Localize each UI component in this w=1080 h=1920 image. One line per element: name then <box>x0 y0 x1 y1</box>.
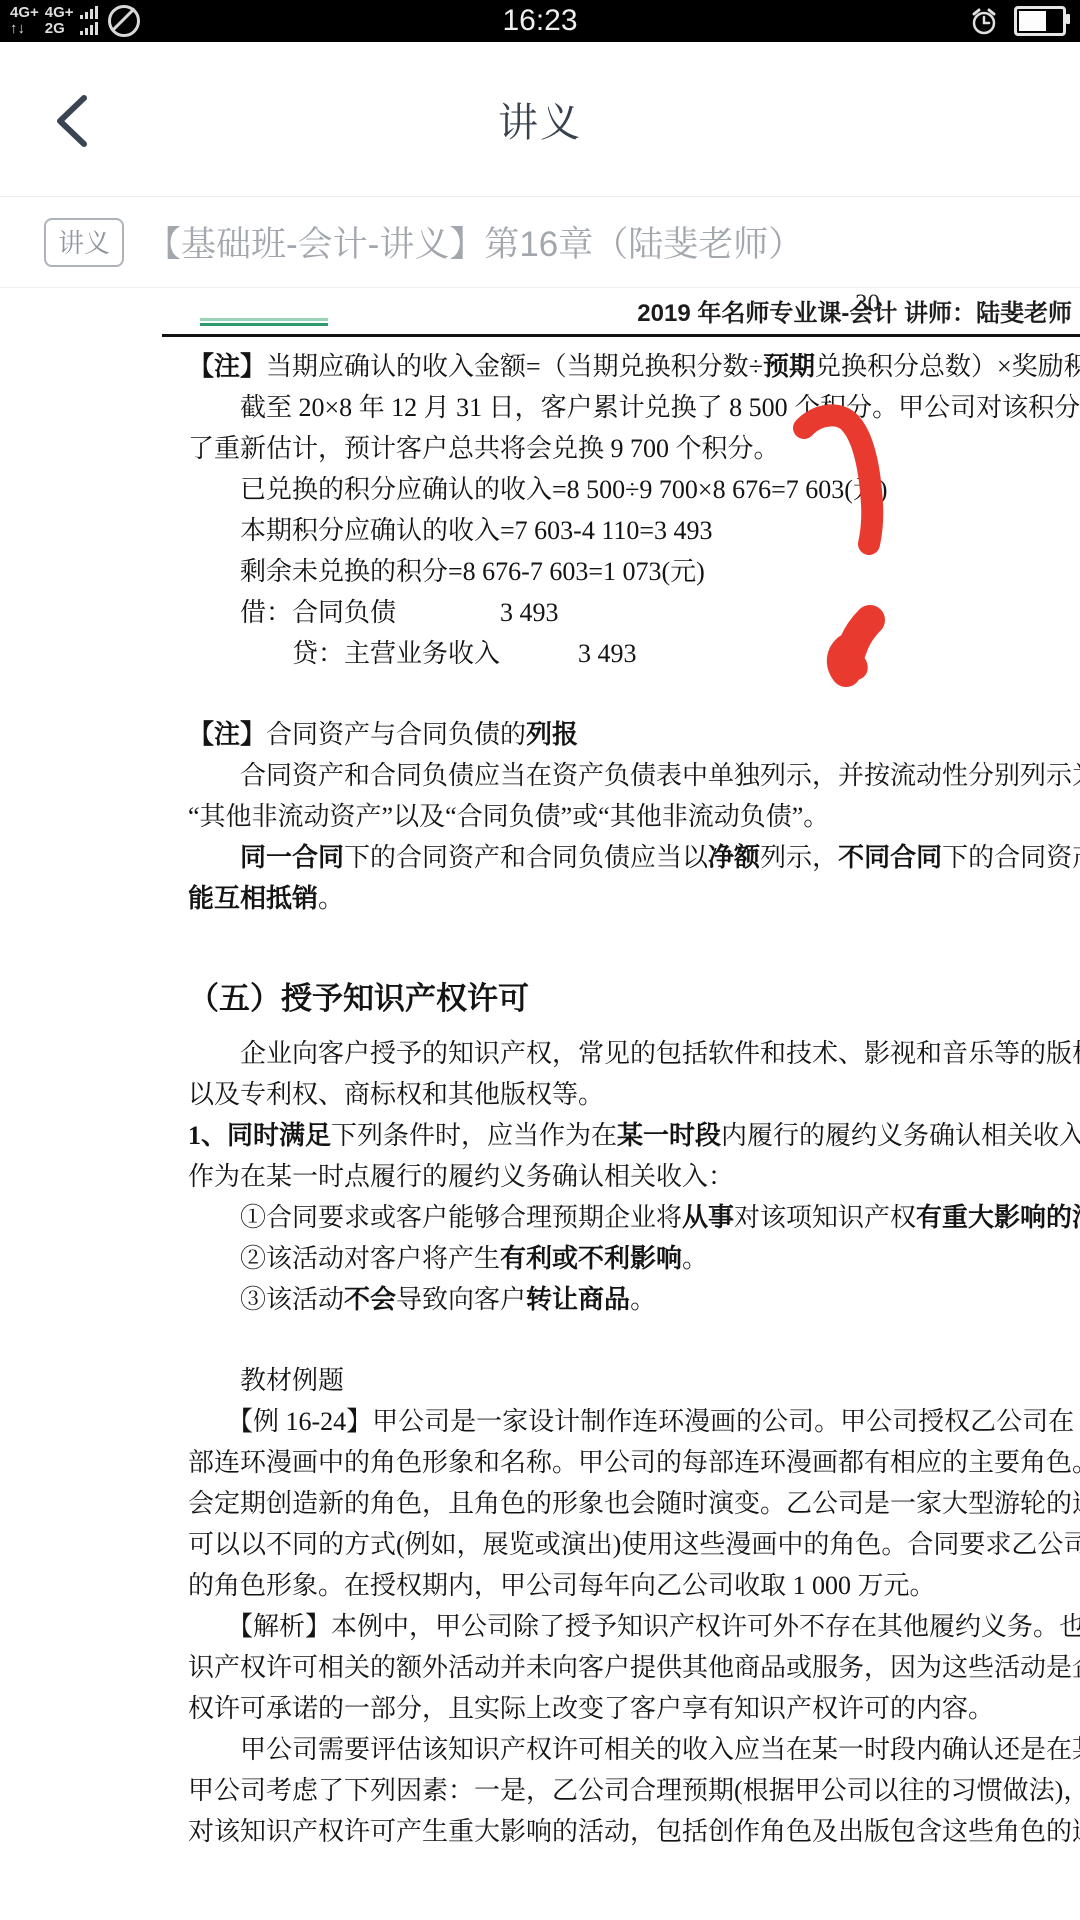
doc-line: 能互相抵销。 <box>188 878 1080 919</box>
doc-line: 剩余未兑换的积分=8 676-7 603=1 073(元) <box>188 551 1080 592</box>
doc-line: 可以以不同的方式(例如，展览或演出)使用这些漫画中的角色。合同要求乙公司必须使用… <box>188 1524 1080 1565</box>
doc-line: 【注】当期应确认的收入金额=（当期兑换积分数÷预期兑换积分总数）×奖励积分的单独… <box>188 346 1080 387</box>
doc-line: 同一合同下的合同资产和合同负债应当以净额列示，不同合同下的合同资产和合同负债不 <box>188 837 1080 878</box>
doc-line: 截至 20×8 年 12 月 31 日，客户累计兑换了 8 500 个积分。甲公… <box>188 387 1080 428</box>
doc-line: 【例 16-24】甲公司是一家设计制作连环漫画的公司。甲公司授权乙公司在 4 年… <box>188 1401 1080 1442</box>
doc-body: 【注】当期应确认的收入金额=（当期兑换积分数÷预期兑换积分总数）×奖励积分的单独… <box>0 346 1080 1852</box>
doc-block-note: 【注】合同资产与合同负债的列报 合同资产和合同负债应当在资产负债表中单独列示，并… <box>188 714 1080 919</box>
green-double-rule <box>200 318 328 326</box>
doc-title-row: 讲义 【基础班-会计-讲义】第16章（陆斐老师） <box>0 197 1080 288</box>
page-title: 讲义 <box>498 91 582 148</box>
doc-line: ③该活动不会导致向客户转让商品。 <box>188 1279 1080 1320</box>
doc-line: 本期积分应确认的收入=7 603-4 110=3 493 <box>188 510 1080 551</box>
battery-icon <box>1014 6 1066 36</box>
doc-title: 【基础班-会计-讲义】第16章（陆斐老师） <box>146 217 803 267</box>
doc-type-badge: 讲义 <box>44 218 124 267</box>
doc-block-example: 教材例题 【例 16-24】甲公司是一家设计制作连环漫画的公司。甲公司授权乙公司… <box>188 1360 1080 1852</box>
doc-line: “其他非流动资产”以及“合同负债”或“其他非流动负债”。 <box>188 796 1080 837</box>
status-time: 16:23 <box>0 4 1080 38</box>
doc-line: ①合同要求或客户能够合理预期企业将从事对该项知识产权有重大影响的活动。 <box>188 1197 1080 1238</box>
status-bar: 4G+ 4G+ ↑↓ 2G 16:23 <box>0 0 1080 42</box>
doc-line: 甲公司需要评估该知识产权许可相关的收入应当在某一时段内确认还是在某一时点确认。 <box>188 1729 1080 1770</box>
doc-line: 借：合同负债 3 493 <box>188 592 1080 633</box>
header-rule <box>162 334 1080 337</box>
doc-line: 甲公司考虑了下列因素：一是，乙公司合理预期(根据甲公司以往的习惯做法)，甲公司将… <box>188 1770 1080 1811</box>
doc-line: 【解析】本例中，甲公司除了授予知识产权许可外不存在其他履约义务。也就是说，与知 <box>188 1606 1080 1647</box>
doc-block-conditions: 企业向客户授予的知识产权，常见的包括软件和技术、影视和音乐等的版权、特许经营权以… <box>188 1033 1080 1320</box>
course-header: 2019 年名师专业课-会计 讲师：陆斐老师 <box>637 293 1072 328</box>
doc-line: 对该知识产权许可产生重大影响的活动，包括创作角色及出版包含这些角色的连环漫画等；… <box>188 1811 1080 1852</box>
doc-line: （五）授予知识产权许可 <box>188 975 1080 1023</box>
doc-line: 识产权许可相关的额外活动并未向客户提供其他商品或服务，因为这些活动是企业授予知识… <box>188 1647 1080 1688</box>
doc-line: 部连环漫画中的角色形象和名称。甲公司的每部连环漫画都有相应的主要角色。但是，甲公… <box>188 1442 1080 1483</box>
app-header: 讲义 <box>0 42 1080 197</box>
doc-line: 了重新估计，预计客户总共将会兑换 9 700 个积分。 <box>188 428 1080 469</box>
doc-block-calc: 【注】当期应确认的收入金额=（当期兑换积分数÷预期兑换积分总数）×奖励积分的单独… <box>188 346 1080 674</box>
doc-line: 权许可承诺的一部分，且实际上改变了客户享有知识产权许可的内容。 <box>188 1688 1080 1729</box>
back-button[interactable] <box>48 92 94 150</box>
doc-line: 作为在某一时点履行的履约义务确认相关收入： <box>188 1156 1080 1197</box>
doc-line: 合同资产和合同负债应当在资产负债表中单独列示，并按流动性分别列示为“合同资产”或 <box>188 755 1080 796</box>
screen: 4G+ 4G+ ↑↓ 2G 16:23 讲义 <box>0 0 1080 1920</box>
doc-line: 【注】合同资产与合同负债的列报 <box>188 714 1080 755</box>
doc-block-heading: （五）授予知识产权许可 <box>188 975 1080 1023</box>
doc-line: 以及专利权、商标权和其他版权等。 <box>188 1074 1080 1115</box>
doc-line: 教材例题 <box>188 1360 1080 1401</box>
doc-line: 的角色形象。在授权期内，甲公司每年向乙公司收取 1 000 万元。 <box>188 1565 1080 1606</box>
doc-line: 1、同时满足下列条件时，应当作为在某一时段内履行的履约义务确认相关收入；否则，应… <box>188 1115 1080 1156</box>
doc-line: 贷：主营业务收入 3 493 <box>188 633 1080 674</box>
doc-line: 会定期创造新的角色，且角色的形象也会随时演变。乙公司是一家大型游轮的运营商，乙公… <box>188 1483 1080 1524</box>
doc-line: 已兑换的积分应确认的收入=8 500÷9 700×8 676=7 603(元) <box>188 469 1080 510</box>
doc-line: 企业向客户授予的知识产权，常见的包括软件和技术、影视和音乐等的版权、特许经营权 <box>188 1033 1080 1074</box>
doc-line: ②该活动对客户将产生有利或不利影响。 <box>188 1238 1080 1279</box>
document-viewer[interactable]: 2019 年名师专业课-会计 讲师：陆斐老师 【注】当期应确认的收入金额=（当期… <box>0 288 1080 1920</box>
